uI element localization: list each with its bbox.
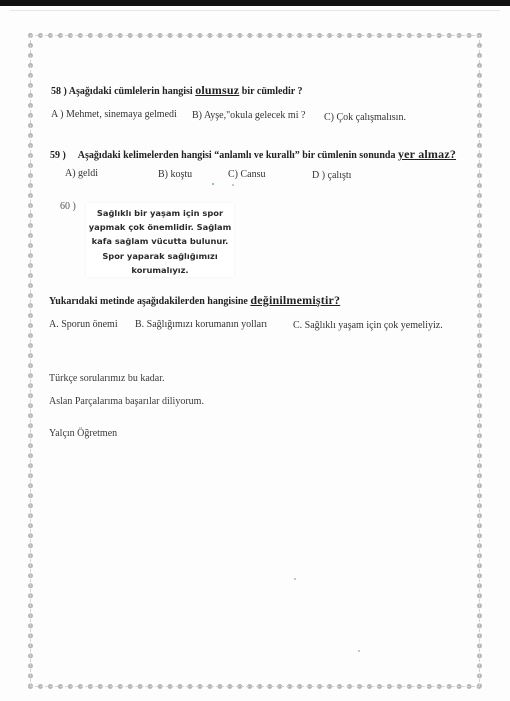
worksheet-page: 58 ) Aşağıdaki cümlelerin hangisi olumsu… xyxy=(0,0,510,701)
question-59-title: 59 ) Aşağıdaki kelimelerden hangisi “anl… xyxy=(50,147,456,162)
question-prompt: Aşağıdaki cümlelerin hangisi xyxy=(69,86,193,97)
question-60-number: 60 ) xyxy=(60,201,76,212)
question-number: 59 ) xyxy=(50,150,66,161)
passage-line: Sağlıklı bir yaşam için spor xyxy=(86,206,234,220)
option-59-d: D ) çalıştı xyxy=(312,170,351,181)
option-59-a: A) geldi xyxy=(65,168,98,179)
passage-line: Spor yaparak sağlığımızı xyxy=(86,249,234,263)
option-58-b: B) Ayşe,"okula gelecek mi ? xyxy=(192,110,305,121)
closing-line-1: Türkçe sorularımız bu kadar. xyxy=(49,373,165,384)
reading-passage: Sağlıklı bir yaşam için spor yapmak çok … xyxy=(86,203,234,277)
question-prompt: Yukarıdaki metinde aşağıdakilerden hangi… xyxy=(49,296,248,307)
question-emphasis: değinilmemiştir? xyxy=(250,293,340,307)
question-number: 58 ) xyxy=(51,86,67,97)
teacher-signature: Yalçın Öğretmen xyxy=(49,428,117,439)
option-60-a: A. Sporun önemi xyxy=(49,319,118,330)
option-60-c: C. Sağlıklı yaşam için çok yemeliyiz. xyxy=(293,320,443,331)
closing-line-2: Aslan Parçalarıma başarılar diliyorum. xyxy=(49,396,204,407)
question-prompt-end: bir cümledir ? xyxy=(242,86,303,97)
question-prompt: Aşağıdaki kelimelerden hangisi “anlamlı … xyxy=(78,150,396,161)
passage-line: kafa sağlam vücutta bulunur. xyxy=(86,234,234,248)
option-59-b: B) koştu xyxy=(158,169,192,180)
question-emphasis: olumsuz xyxy=(195,83,239,97)
decorative-border xyxy=(28,33,482,689)
option-59-c: C) Cansu xyxy=(228,169,266,180)
option-58-c: C) Çok çalışmalısın. xyxy=(324,112,406,123)
scan-speck xyxy=(294,578,296,580)
question-60-title: Yukarıdaki metinde aşağıdakilerden hangi… xyxy=(49,293,340,308)
scan-speck xyxy=(358,650,360,652)
scan-shadow-line xyxy=(10,10,500,11)
option-58-a: A ) Mehmet, sinemaya gelmedi xyxy=(51,109,177,120)
option-60-b: B. Sağlığımızı korumanın yolları xyxy=(135,319,267,330)
scan-speck xyxy=(232,184,234,186)
question-emphasis: yer almaz? xyxy=(398,147,456,161)
passage-line: yapmak çok önemlidir. Sağlam xyxy=(86,220,234,234)
scan-top-edge xyxy=(0,0,510,6)
scan-speck xyxy=(212,183,214,185)
passage-line: korumalıyız. xyxy=(86,263,234,277)
question-58-title: 58 ) Aşağıdaki cümlelerin hangisi olumsu… xyxy=(51,83,303,98)
